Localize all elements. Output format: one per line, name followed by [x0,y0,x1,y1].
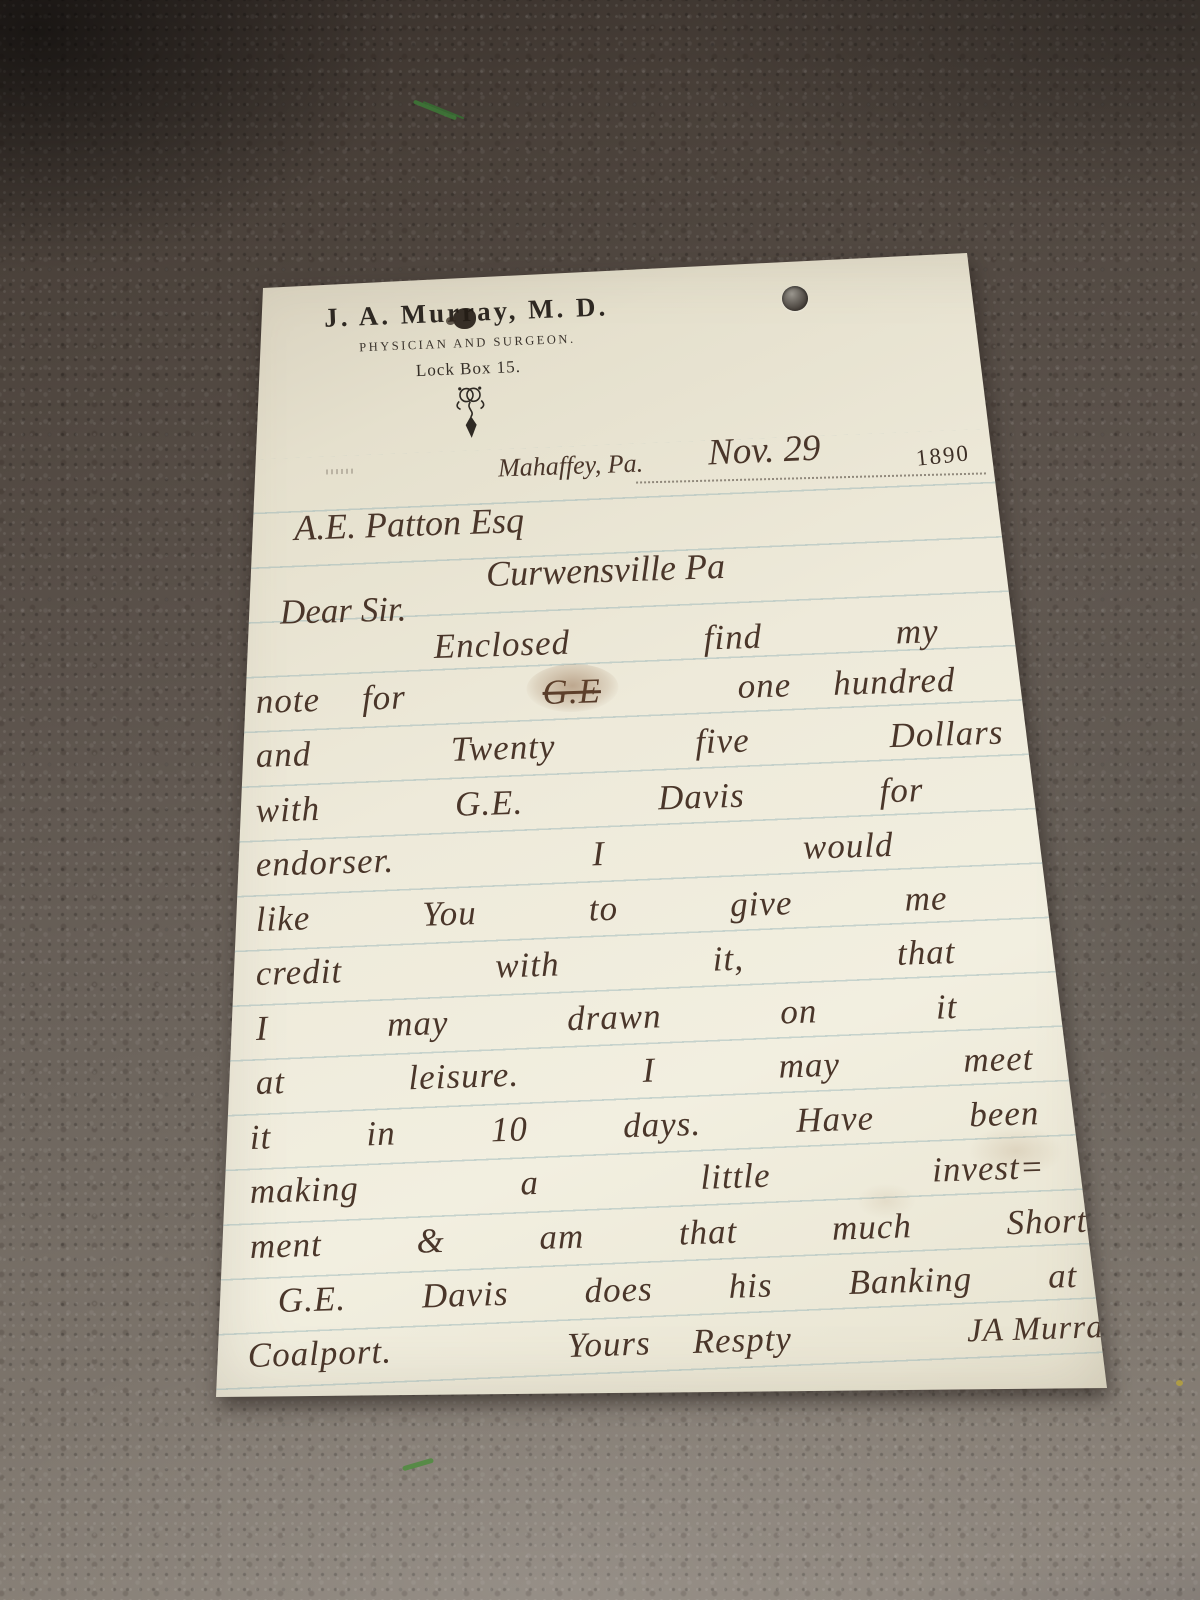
punch-hole [782,286,808,311]
recipient-name: A.E. Patton Esq [293,499,524,549]
recipient-city: Curwensville Pa [485,545,725,595]
photo-of-letter-on-carpet: { "scene": { "carpet_dark": "#443b35", "… [0,0,1200,1600]
printer-ornament-icon [312,379,629,451]
strikethrough-word: G.E [542,671,602,727]
dateline-date: Nov. 29 [707,427,821,475]
letter-paper: J. A. Murray, M. D. Physician and Surgeo… [216,253,1107,1397]
carpet-speck [1176,1380,1183,1386]
letterhead-specialty: Physician and Surgeon. [310,330,625,358]
signature: JA Murray [967,1308,1121,1367]
dateline-place: Mahaffey, Pa. [498,448,644,483]
closing-place: Coalport. [247,1331,393,1390]
body-text: onehundred [737,660,957,721]
letter-body: Enclosedfindmy notefor G.E onehundred an… [256,627,1096,1390]
body-text: notefor [255,677,407,736]
valediction: YoursRespty [567,1318,793,1380]
tiny-print-mark [326,468,356,474]
ink-blot [453,308,476,329]
letter-paper-wrap: J. A. Murray, M. D. Physician and Surgeo… [216,253,1107,1397]
